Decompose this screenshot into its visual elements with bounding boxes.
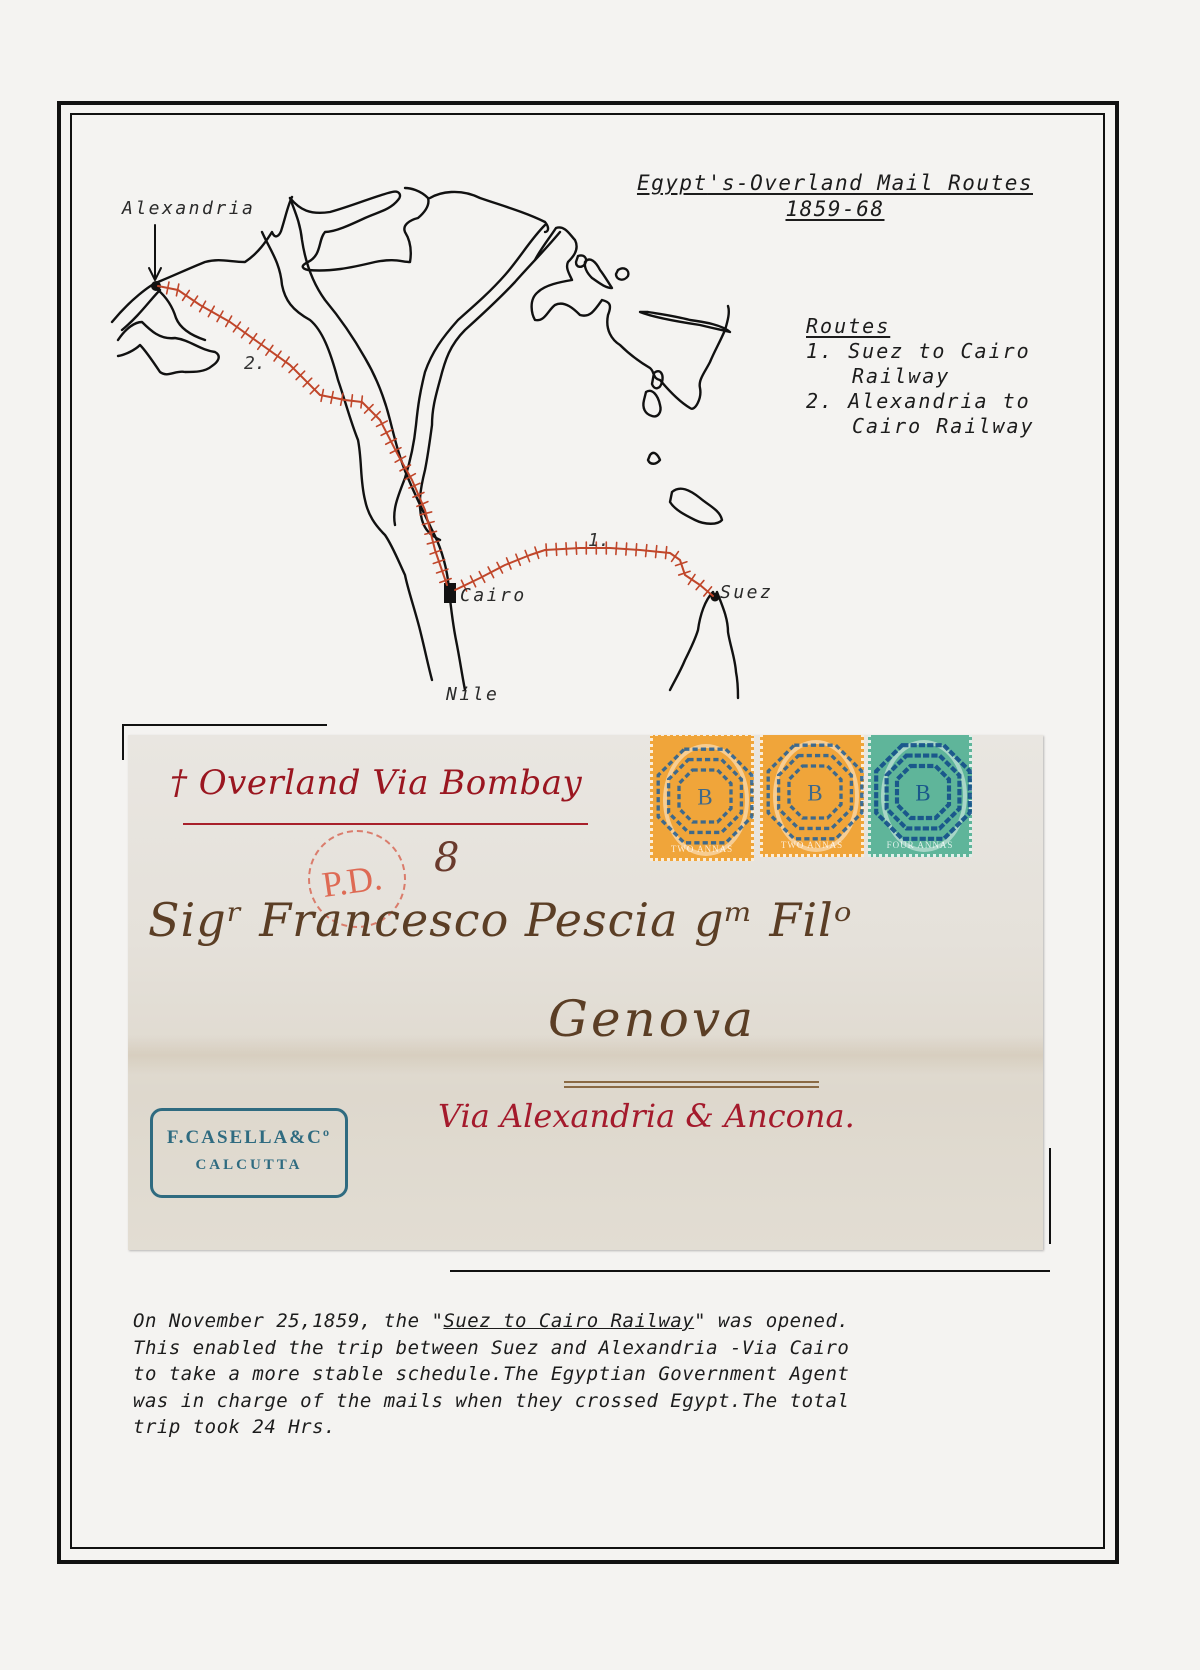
city-double-underline xyxy=(564,1081,819,1083)
map-title-line1: Egypt's-Overland Mail Routes xyxy=(637,171,1033,195)
stamp-two-annas-2: B TWO ANNAS xyxy=(760,735,864,857)
legend-item-2-cont: Cairo Railway xyxy=(806,414,1035,439)
island-7 xyxy=(670,489,722,524)
delta-north-lobe xyxy=(290,188,428,271)
map-title: Egypt's-Overland Mail Routes 1859-68 xyxy=(600,170,1070,222)
lake-edge xyxy=(158,290,205,340)
endorsement-overland-via-bombay: † Overland Via Bombay xyxy=(170,763,582,803)
map-title-years: 1859-68 xyxy=(785,197,884,221)
stamp-four-annas: B FOUR ANNAS xyxy=(868,735,972,857)
delta-rosetta-lobe xyxy=(430,192,548,232)
octagon-cancel-icon: B xyxy=(763,740,867,844)
mount-corner-right xyxy=(1049,1148,1051,1244)
routing-instruction: Via Alexandria & Ancona. xyxy=(438,1097,855,1135)
description-caption: On November 25,1859, the "Suez to Cairo … xyxy=(133,1308,1053,1441)
island-3 xyxy=(616,268,628,279)
island-6 xyxy=(648,453,660,464)
svg-text:B: B xyxy=(807,780,822,805)
label-suez: Suez xyxy=(720,582,773,603)
legend-item-2: 2. Alexandria to xyxy=(806,389,1035,414)
sinai-coast-north xyxy=(640,312,730,332)
route-legend: Routes 1. Suez to Cairo Railway 2. Alexa… xyxy=(806,314,1035,439)
mount-corner-left xyxy=(122,724,124,760)
octagon-cancel-icon: B xyxy=(871,740,975,844)
gulf-suez-west xyxy=(670,592,713,690)
destination-city: Genova xyxy=(548,990,756,1048)
label-cairo: Cairo xyxy=(460,585,527,606)
label-route-1: 1. xyxy=(588,530,610,551)
label-route-2: 2. xyxy=(244,353,266,374)
octagon-cancel-icon: B xyxy=(653,744,757,848)
railway-route-2 xyxy=(158,282,451,585)
island-1 xyxy=(585,260,612,288)
stamp-two-annas-1: B TWO ANNAS xyxy=(650,735,754,861)
nile-east-branch-inner xyxy=(394,225,545,525)
rate-marking: 8 xyxy=(434,835,459,881)
legend-item-1: 1. Suez to Cairo xyxy=(806,339,1035,364)
coastline-west-inner xyxy=(122,290,160,330)
label-alexandria: Alexandria xyxy=(122,198,255,219)
postal-cover: † Overland Via Bombay P.D. 8 B TWO ANNAS… xyxy=(128,735,1043,1250)
nile-west-bank xyxy=(262,232,432,680)
caption-underlined-railway: Suez to Cairo Railway xyxy=(443,1310,694,1332)
nile-east-branch-outer xyxy=(420,232,560,540)
svg-text:B: B xyxy=(697,784,712,809)
label-nile: Nile xyxy=(446,684,499,705)
legend-item-1-cont: Railway xyxy=(806,364,1035,389)
island-5 xyxy=(643,391,660,417)
gulf-suez-east xyxy=(717,592,738,698)
nile-west-branch-inner xyxy=(290,198,465,690)
endorsement-underline xyxy=(183,823,588,825)
sinai-coast xyxy=(532,227,729,408)
mount-corner-bottom xyxy=(450,1270,1050,1272)
legend-heading: Routes xyxy=(806,314,1035,339)
svg-text:B: B xyxy=(915,780,930,805)
forwarding-agent-handstamp: F.CASELLA&Cº CALCUTTA xyxy=(150,1108,348,1198)
addressee: Sigʳ Francesco Pescia gᵐ Filᵒ xyxy=(148,893,852,947)
mount-corner-top xyxy=(122,724,327,726)
cairo-marker xyxy=(444,583,456,603)
lake-mareotis xyxy=(118,322,219,374)
